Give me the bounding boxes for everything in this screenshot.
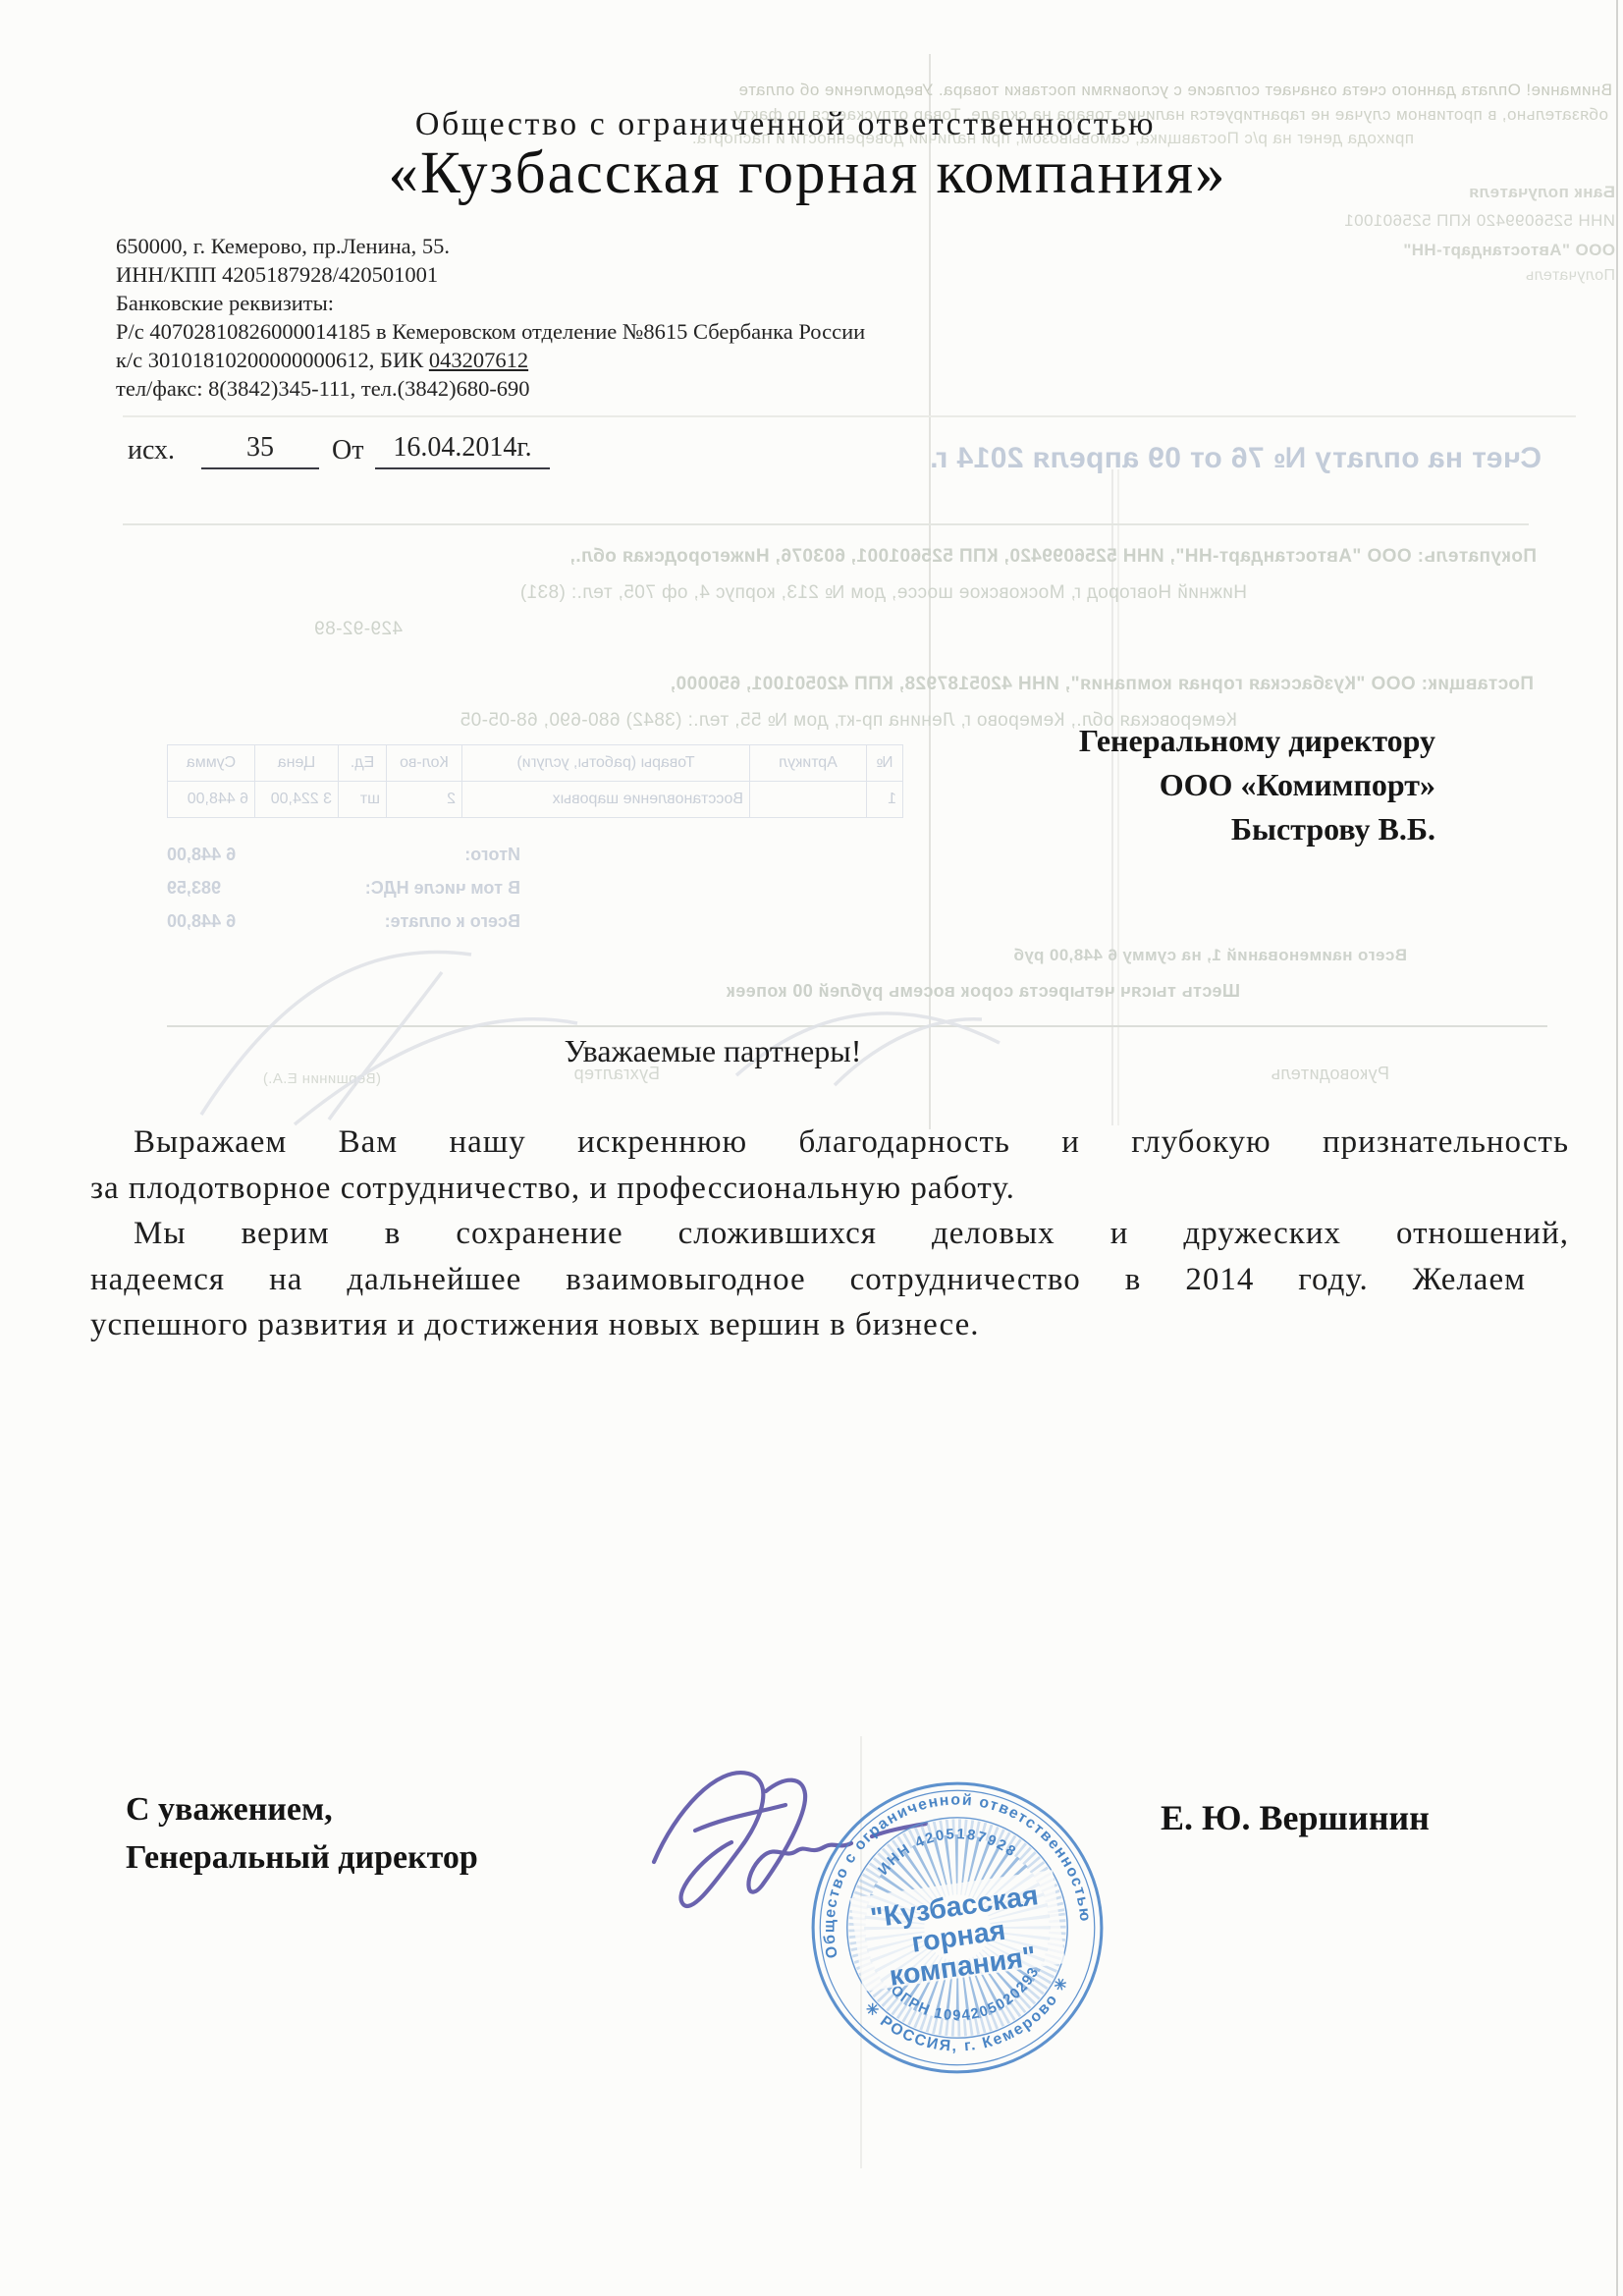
ref-date: 16.04.2014г. xyxy=(375,432,550,469)
scanned-letter-page: Внимание! Оплата данного счета означает … xyxy=(0,0,1623,2296)
bleedthrough-invoice-table: № 1 Артикул Товары (работы, услуги) Восс… xyxy=(167,744,903,818)
bleed-total-label: В том числе НДС: xyxy=(365,878,520,911)
bleed-col-header: Сумма xyxy=(168,745,254,782)
bleed-cell: 6 448,00 xyxy=(168,782,254,817)
letter-body: Выражаем Вам нашу искреннюю благодарност… xyxy=(90,1120,1526,1348)
corr-account-prefix: к/с 30101810200000000612, БИК xyxy=(116,348,429,372)
bleedthrough-signature-strokes xyxy=(147,913,1090,1144)
bleed-col-header: Ед. xyxy=(339,745,386,782)
bleed-col-header: Цена xyxy=(255,745,338,782)
org-type-line: Общество с ограниченной ответственностью xyxy=(0,106,1571,143)
ref-from-label: От xyxy=(332,435,363,466)
page-edge-line xyxy=(1616,0,1618,2296)
bleed-total-value: 983,59 xyxy=(167,878,221,911)
bleed-cell: Восстановление шаровых xyxy=(462,782,749,817)
addressee-block: Генеральному директору ООО «Комимпорт» Б… xyxy=(884,719,1435,851)
phone-fax-line: тел/факс: 8(3842)345-111, тел.(3842)680-… xyxy=(116,374,1000,403)
bleedthrough-text: 429-92-89 xyxy=(226,619,403,640)
outgoing-ref-number: 35 xyxy=(201,432,319,469)
bleed-cell: 2 xyxy=(387,782,461,817)
bleedthrough-text: Покупатель: ООО "Автостандарт-НН", ИНН 5… xyxy=(226,546,1537,568)
body-line: Мы верим в сохранение сложившихся деловы… xyxy=(90,1211,1569,1257)
bleedthrough-text: Получатель xyxy=(1276,267,1615,285)
corr-account-line: к/с 30101810200000000612, БИК 043207612 xyxy=(116,346,1000,374)
bleedthrough-rule xyxy=(123,523,1529,525)
body-line: успешного развития и достижения новых ве… xyxy=(90,1302,1526,1348)
bik-value: 043207612 xyxy=(429,348,528,372)
bleedthrough-text: Внимание! Оплата данного счета означает … xyxy=(511,81,1612,100)
bleed-total-value: 6 448,00 xyxy=(167,845,236,878)
greeting-line: Уважаемые партнеры! xyxy=(0,1033,1426,1069)
body-line: Выражаем Вам нашу искреннюю благодарност… xyxy=(90,1120,1569,1166)
bleedthrough-text: ООО "Автостандарт-НН" xyxy=(1100,241,1615,260)
company-address: 650000, г. Кемерово, пр.Ленина, 55. xyxy=(116,232,1000,260)
signer-name: Е. Ю. Вершинин xyxy=(1161,1797,1430,1838)
body-line: за плодотворное сотрудничество, и профес… xyxy=(90,1166,1526,1212)
addressee-company: ООО «Комимпорт» xyxy=(884,763,1435,807)
bleedthrough-rule xyxy=(123,415,1576,417)
addressee-position: Генеральному директору xyxy=(884,719,1435,763)
signature-block: С уважением, Генеральный директор xyxy=(126,1785,478,1882)
bleedthrough-text: Поставщик: ООО "Кузбасская горная компан… xyxy=(226,674,1534,695)
company-inn-kpp: ИНН/КПП 4205187928/420501001 xyxy=(116,260,1000,289)
bank-account-line: Р/с 40702810826000014185 в Кемеровском о… xyxy=(116,317,1000,346)
bleed-col-header: Товары (работы, услуги) xyxy=(462,745,749,782)
outgoing-ref-label: исх. xyxy=(128,435,175,466)
addressee-person: Быстрову В.Б. xyxy=(884,807,1435,851)
bleed-total-label: Итого: xyxy=(464,845,520,878)
body-line: надеемся на дальнейшее взаимовыгодное со… xyxy=(90,1257,1526,1303)
bleed-cell: 3 224,00 xyxy=(255,782,338,817)
bleed-col-header: Артикул xyxy=(750,745,866,782)
bleedthrough-text: Нижний Новгород г, Московское шоссе, дом… xyxy=(226,582,1247,604)
company-stamp: Общество с ограниченной ответственностью… xyxy=(807,1777,1108,2078)
bleed-cell xyxy=(750,782,866,817)
bleedthrough-text: ИНН 5256099420 КПП 525601001 xyxy=(1044,211,1615,231)
closing-line: С уважением, xyxy=(126,1785,478,1833)
bleed-col-header: Кол-во xyxy=(387,745,461,782)
signer-title: Генеральный директор xyxy=(126,1833,478,1882)
bleed-cell: шт xyxy=(339,782,386,817)
bleedthrough-text: Счет на оплату № 76 от 09 апреля 2014 г. xyxy=(677,442,1542,475)
company-name-title: «Кузбасская горная компания» xyxy=(0,139,1615,208)
bank-details-label: Банковские реквизиты: xyxy=(116,289,1000,317)
